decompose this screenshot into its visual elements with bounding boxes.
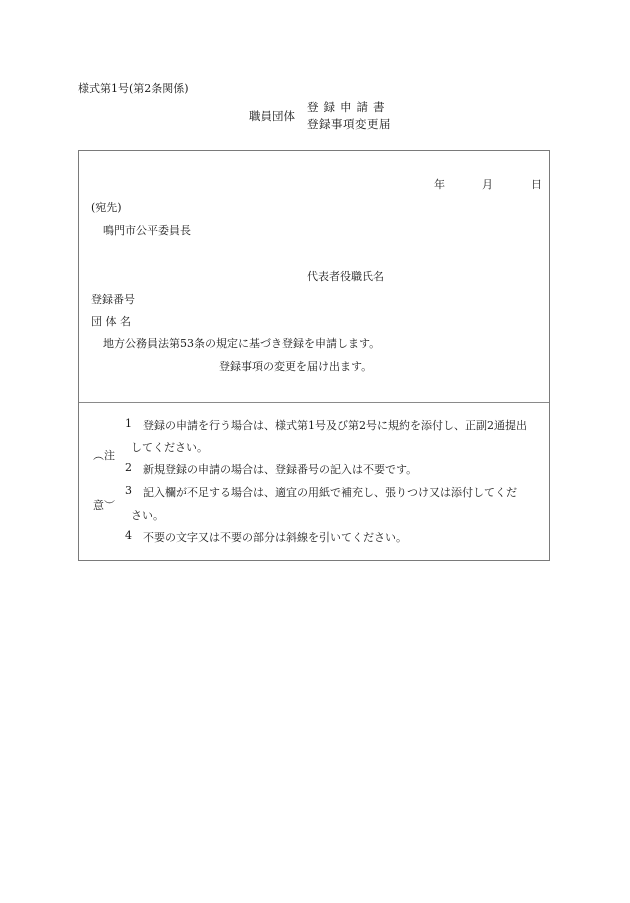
addressee: 鳴門市公平委員長	[103, 222, 191, 238]
notes-side-label-top: ︵注	[93, 450, 115, 461]
organization-type: 職員団体	[249, 108, 295, 124]
registration-number-label: 登録番号	[91, 291, 135, 307]
notes-side-label-bottom: 意︶	[93, 500, 115, 511]
date-year: 年	[434, 176, 445, 192]
title-registration-application: 登録申請書	[307, 99, 390, 115]
note-4-number: 4	[125, 529, 132, 542]
note-1-text: 登録の申請を行う場合は、様式第1号及び第2号に規約を添付し、正副2通提出	[143, 417, 527, 433]
note-3-number: 3	[125, 484, 132, 497]
organization-name-label: 団 体 名	[91, 313, 131, 329]
note-1-text-cont: してください。	[131, 439, 208, 455]
addressee-label: (宛先)	[91, 199, 122, 215]
statement-change: 登録事項の変更を届け出ます。	[219, 358, 372, 374]
note-1-number: 1	[125, 417, 132, 430]
note-4-text: 不要の文字又は不要の部分は斜線を引いてください。	[143, 529, 407, 545]
date-day: 日	[531, 176, 542, 192]
statement-apply: 地方公務員法第53条の規定に基づき登録を申請します。	[103, 335, 380, 351]
note-3-text-cont: さい。	[131, 507, 164, 523]
representative-label: 代表者役職氏名	[307, 268, 384, 284]
note-2-number: 2	[125, 461, 132, 474]
form-box: 年 月 日 (宛先) 鳴門市公平委員長 代表者役職氏名 登録番号 団 体 名 地…	[78, 150, 550, 561]
note-2-text: 新規登録の申請の場合は、登録番号の記入は不要です。	[143, 461, 417, 477]
notes-divider	[79, 402, 549, 403]
form-number: 様式第1号(第2条関係)	[78, 80, 189, 96]
note-3-text: 記入欄が不足する場合は、適宜の用紙で補充し、張りつけ又は添付してくだ	[143, 484, 517, 500]
date-month: 月	[482, 176, 493, 192]
title-change-notification: 登録事項変更届	[307, 116, 391, 132]
